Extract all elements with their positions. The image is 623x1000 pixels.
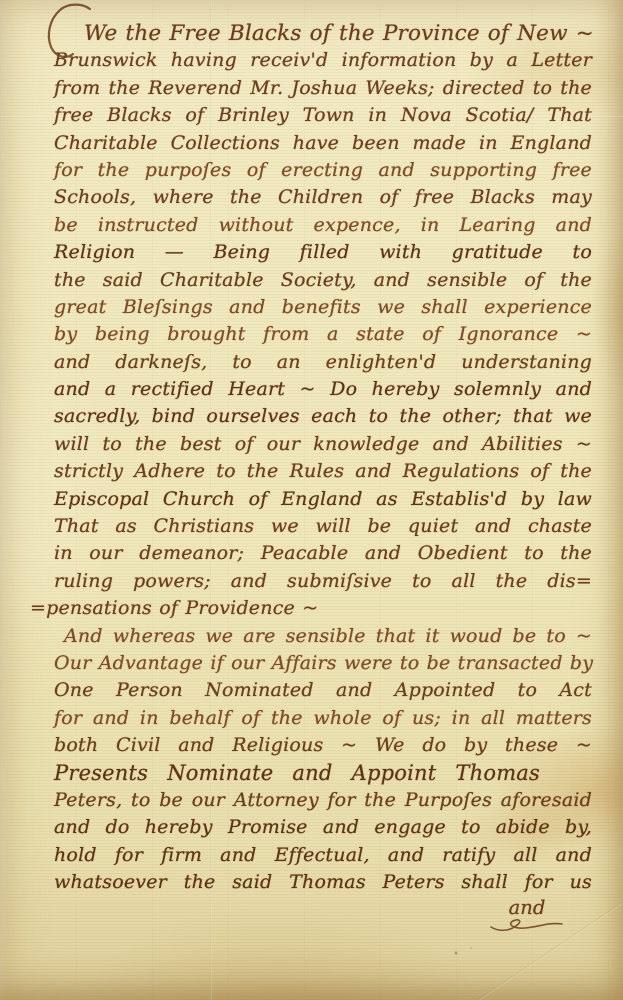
manuscript-line: whatsoever the said Thomas Peters shall …: [54, 869, 592, 896]
manuscript-line: =pensations of Providence ~: [30, 595, 592, 622]
manuscript-line: from the Reverend Mr. Joshua Weeks; dire…: [54, 75, 592, 102]
manuscript-line: Religion — Being filled with gratitude t…: [54, 239, 592, 266]
manuscript-line: be instructed without expence, in Learin…: [54, 212, 592, 239]
manuscript-page: We the Free Blacks of the Province of Ne…: [0, 0, 623, 1000]
manuscript-line: We the Free Blacks of the Province of Ne…: [54, 20, 592, 47]
manuscript-line: free Blacks of Brinley Town in Nova Scot…: [54, 102, 592, 129]
manuscript-line: for the purpoſes of erecting and support…: [54, 157, 592, 184]
manuscript-text-block: We the Free Blacks of the Province of Ne…: [54, 20, 592, 937]
manuscript-line: and darkneſs, to an enlighten'd understa…: [54, 349, 592, 376]
manuscript-line: for and in behalf of the whole of us; in…: [54, 705, 592, 732]
manuscript-line: Episcopal Church of England as Establis'…: [54, 486, 592, 513]
manuscript-line: and do hereby Promise and engage to abid…: [54, 814, 592, 841]
manuscript-line: Peters, to be our Attorney for the Purpo…: [54, 787, 592, 814]
manuscript-line: great Bleſsings and benefits we shall ex…: [54, 294, 592, 321]
manuscript-line: Presents Nominate and Appoint Thomas: [54, 760, 592, 787]
manuscript-line: Charitable Collections have been made in…: [54, 130, 592, 157]
manuscript-line: and a rectified Heart ~ Do hereby solemn…: [54, 376, 592, 403]
manuscript-line: strictly Adhere to the Rules and Regulat…: [54, 458, 592, 485]
manuscript-line: in our demeanor; Peacable and Obedient t…: [54, 540, 592, 567]
manuscript-line: both Civil and Religious ~ We do by thes…: [54, 732, 592, 759]
catchword: and: [462, 897, 592, 919]
manuscript-line: hold for firm and Effectual, and ratify …: [54, 842, 592, 869]
manuscript-line: Schools, where the Children of free Blac…: [54, 184, 592, 211]
manuscript-line: And whereas we are sensible that it woud…: [54, 623, 592, 650]
manuscript-line: by being brought from a state of Ignoran…: [54, 321, 592, 348]
catchword-flourish-icon: [488, 917, 566, 935]
manuscript-line: One Person Nominated and Appointed to Ac…: [54, 677, 592, 704]
manuscript-line: ruling powers; and submiſsive to all the…: [54, 568, 592, 595]
manuscript-line: Our Advantage if our Affairs were to be …: [54, 650, 592, 677]
manuscript-line: That as Christians we will be quiet and …: [54, 513, 592, 540]
catchword-block: and: [462, 897, 592, 937]
manuscript-line: Brunswick having receiv'd information by…: [54, 47, 592, 74]
manuscript-line: the said Charitable Society, and sensibl…: [54, 267, 592, 294]
manuscript-line: sacredly, bind ourselves each to the oth…: [54, 403, 592, 430]
manuscript-line: will to the best of our knowledge and Ab…: [54, 431, 592, 458]
